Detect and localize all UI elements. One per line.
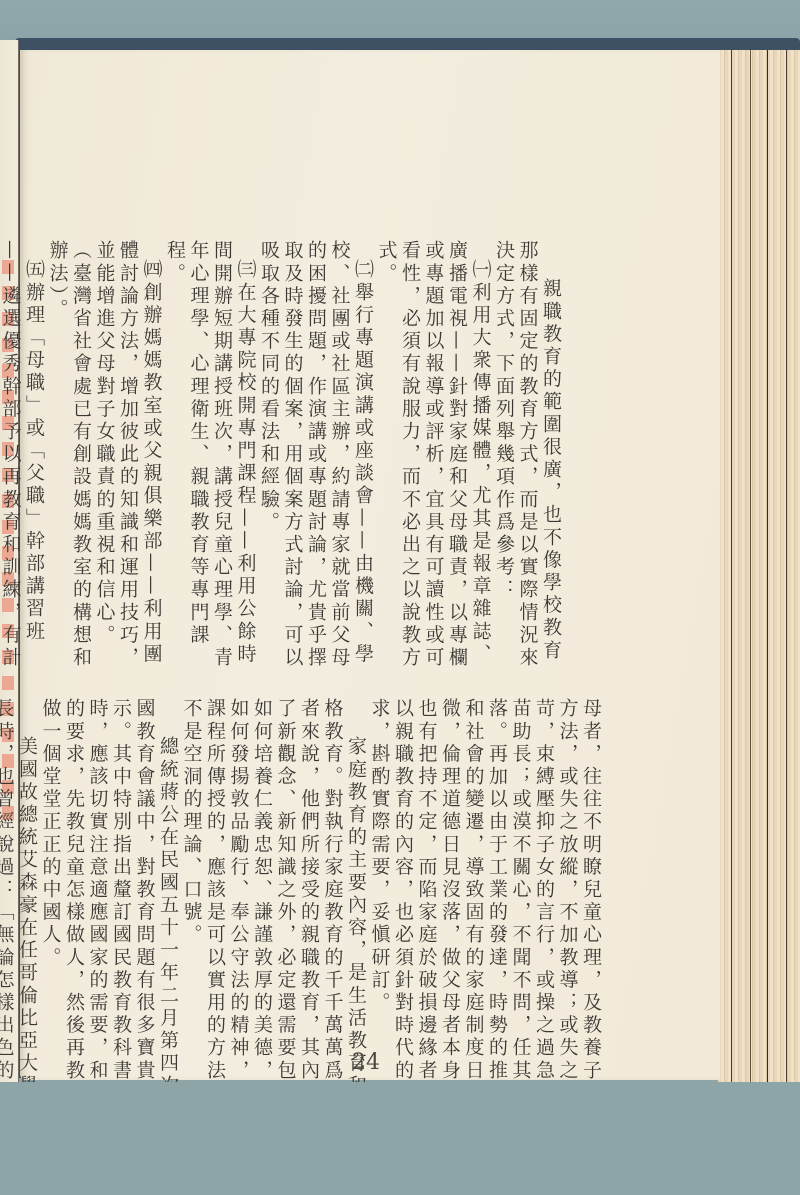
book-page: 親職教育的範圍很廣，也不像學校教育那樣有固定的教育方式，而是以實際情況來決定方式… (20, 50, 720, 1080)
book-fore-edge (718, 50, 800, 1085)
list-item-1: ㈠利用大衆傳播媒體，尤其是報章雜誌、廣播電視——針對家庭和父母職責，以專欄或專題… (374, 240, 492, 670)
paragraph: 家庭教育的主要內容，是生活教育和人格教育。對執行家庭教育的千千萬萬爲父母者來說，… (179, 698, 367, 1128)
list-item-3: ㈢在大專院校開專門課程——利用公餘時間開辦短期講授班次，講授兒童心理學、青年心理… (163, 240, 257, 670)
list-item-4: ㈣創辦媽媽教室或父親俱樂部——利用團體討論方法，增加彼此的知識和運用技巧，並能增… (45, 240, 163, 670)
page-number: 24 (352, 1050, 380, 1075)
paragraph: 美國故總統艾森豪在任哥倫比亞大學校長時，也曾經說過：「無論怎樣出色的科學家，假如… (0, 698, 38, 1128)
paragraph: 親職教育的範圍很廣，也不像學校教育那樣有固定的教育方式，而是以實際情況來決定方式… (492, 240, 563, 670)
paragraph-continued: 母者，往往不明瞭兒童心理，及教養子女的方法，或失之放縱，不加教導；或失之嚴苛，束… (367, 698, 602, 1128)
paragraph: 總統蔣公在民國五十一年二月第四次全國教育會議中，對教育問題有很多寶貴訓示。其中特… (38, 698, 179, 1128)
list-item-2: ㈡舉行專題演講或座談會——由機關、學校、社團或社區主辦，約請專家就當前父母的困擾… (257, 240, 375, 670)
background-surface (0, 1082, 800, 1195)
text-block-top: 親職教育的範圍很廣，也不像學校教育那樣有固定的教育方式，而是以實際情況來決定方式… (0, 240, 562, 670)
list-item-5: ㈤辦理「母職」或「父職」幹部講習班——遴選優秀幹部予以再教育和訓練，有計劃的把親… (0, 240, 45, 670)
text-block-bottom: 母者，往往不明瞭兒童心理，及教養子女的方法，或失之放縱，不加教導；或失之嚴苛，束… (0, 698, 602, 1128)
